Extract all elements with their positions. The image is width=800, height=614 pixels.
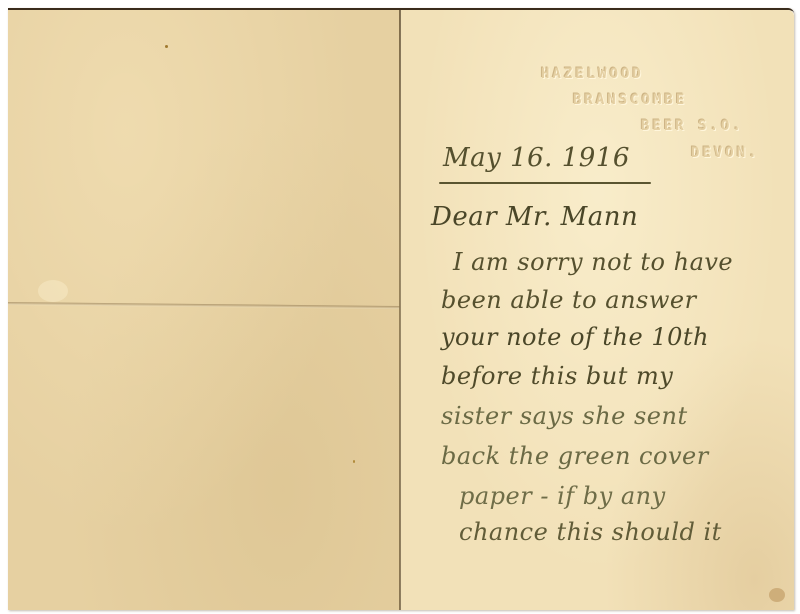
letter-body-line: been able to answer	[441, 286, 697, 314]
letterhead-line-4: DEVON.	[691, 145, 760, 161]
paper-stain	[38, 280, 68, 302]
letter-body-line: paper - if by any	[459, 482, 666, 510]
letter-card: HAZELWOOD BRANSCOMBE BEER S.O. DEVON. Ma…	[8, 8, 794, 610]
letterhead-line-3: BEER S.O.	[641, 118, 744, 134]
letter-salutation: Dear Mr. Mann	[431, 202, 638, 232]
paper-spot	[353, 460, 355, 463]
letterhead-line-2: BRANSCOMBE	[573, 92, 687, 108]
letter-body-line: chance this should it	[459, 518, 722, 546]
letter-date: May 16. 1916	[443, 143, 630, 173]
letter-body-line: I am sorry not to have	[453, 248, 733, 276]
date-underline	[439, 182, 651, 184]
left-page-blank	[8, 10, 400, 610]
fold-crease	[8, 302, 400, 309]
letter-body-line: your note of the 10th	[441, 323, 709, 351]
letter-body-line: before this but my	[441, 362, 673, 390]
right-page-letter: HAZELWOOD BRANSCOMBE BEER S.O. DEVON. Ma…	[401, 10, 794, 610]
letter-body-line: back the green cover	[441, 442, 709, 470]
letterhead-line-1: HAZELWOOD	[541, 66, 644, 82]
paper-stain	[769, 588, 785, 602]
letter-body-line: sister says she sent	[441, 402, 688, 430]
paper-spot	[165, 45, 168, 48]
